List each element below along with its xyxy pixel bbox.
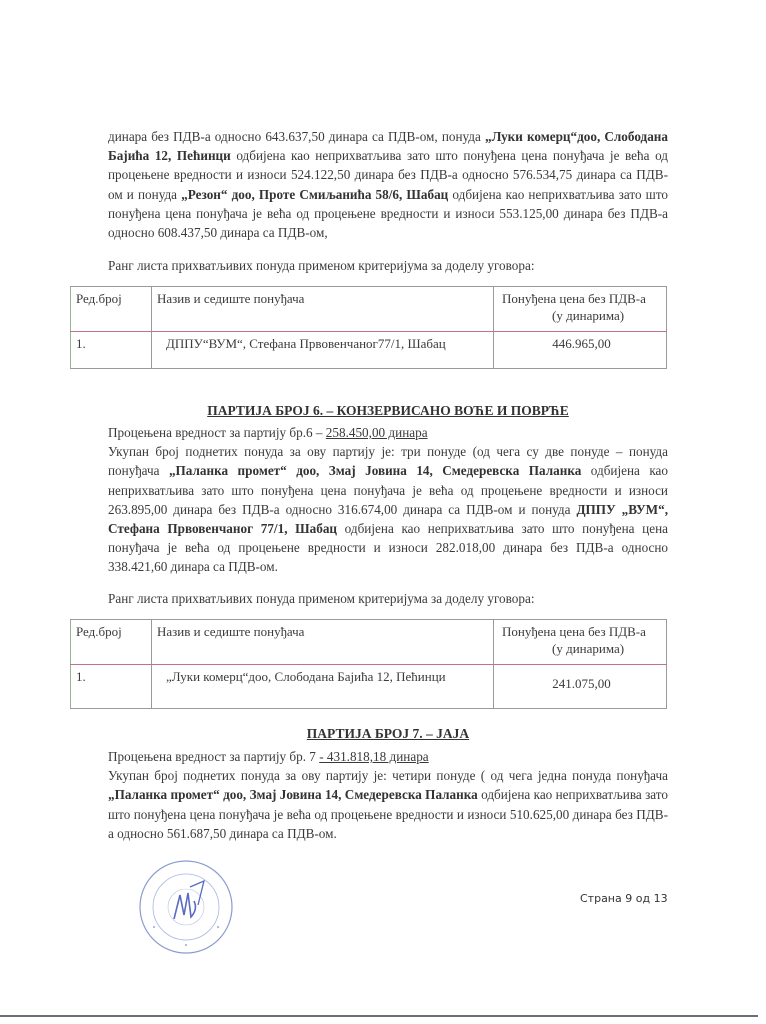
partija-6-paragraph: Процењена вредност за партију бр.6 – 258… (108, 423, 668, 577)
header-price-unit: (у динарима) (502, 640, 661, 657)
table-row: 1. „Луки комерц“доо, Слободана Бајића 12… (71, 665, 667, 709)
header-price-label: Понуђена цена без ПДВ-а (502, 624, 646, 639)
bidder-rezon: „Резон“ доо, Проте Смиљанића 58/6, Шабац (181, 187, 448, 202)
rank-table-1: Ред.број Назив и седиште понуђача Понуђе… (70, 286, 667, 369)
header-name: Назив и седиште понуђача (152, 620, 494, 665)
table-header-row: Ред.број Назив и седиште понуђача Понуђе… (71, 620, 667, 665)
header-price-unit: (у динарима) (502, 307, 661, 324)
official-stamp-icon (136, 857, 236, 957)
partija-7-paragraph: Процењена вредност за партију бр. 7 - 43… (108, 747, 668, 843)
header-price: Понуђена цена без ПДВ-а(у динарима) (494, 620, 667, 665)
cell-name: ДППУ“ВУМ“, Стефана Првовенчаног77/1, Шаб… (152, 332, 494, 369)
header-price: Понуђена цена без ПДВ-а(у динарима) (494, 287, 667, 332)
bidder-palanka-promet: „Паланка промет“ доо, Змај Јовина 14, См… (169, 463, 581, 478)
partija-7-estimated-value: - 431.818,18 динара (319, 749, 428, 764)
cell-no: 1. (71, 665, 152, 709)
cell-name: „Луки комерц“доо, Слободана Бајића 12, П… (152, 665, 494, 709)
partija-7-estimated-label: Процењена вредност за партију бр. 7 (108, 749, 319, 764)
partija-7-heading: ПАРТИЈА БРОЈ 7. – ЈАЈА (108, 726, 668, 742)
header-no: Ред.број (71, 287, 152, 332)
header-name: Назив и седиште понуђача (152, 287, 494, 332)
cell-price: 241.075,00 (494, 665, 667, 709)
cell-no: 1. (71, 332, 152, 369)
page-number: Страна 9 од 13 (580, 892, 668, 905)
intro-paragraph: динара без ПДВ-а односно 643.637,50 дина… (108, 127, 668, 242)
partija-6-heading: ПАРТИЈА БРОЈ 6. – КОНЗЕРВИСАНО ВОЋЕ И ПО… (108, 403, 668, 419)
footer-divider (0, 1015, 758, 1017)
header-price-label: Понуђена цена без ПДВ-а (502, 291, 646, 306)
partija-6-estimated-label: Процењена вредност за партију бр.6 – (108, 425, 326, 440)
partija-6-estimated-value: 258.450,00 динара (326, 425, 428, 440)
intro-text-1: динара без ПДВ-а односно 643.637,50 дина… (108, 129, 485, 144)
header-no: Ред.број (71, 620, 152, 665)
rank-list-label-1: Ранг листа прихватљивих понуда применом … (108, 257, 535, 275)
partija-7-text-1: Укупан број поднетих понуда за ову парти… (108, 768, 668, 783)
rank-list-label-2: Ранг листа прихватљивих понуда применом … (108, 590, 535, 608)
bidder-palanka-promet: „Паланка промет“ доо, Змај Јовина 14, См… (108, 787, 478, 802)
cell-price: 446.965,00 (494, 332, 667, 369)
table-row: 1. ДППУ“ВУМ“, Стефана Првовенчаног77/1, … (71, 332, 667, 369)
table-header-row: Ред.број Назив и седиште понуђача Понуђе… (71, 287, 667, 332)
rank-table-2: Ред.број Назив и седиште понуђача Понуђе… (70, 619, 667, 709)
